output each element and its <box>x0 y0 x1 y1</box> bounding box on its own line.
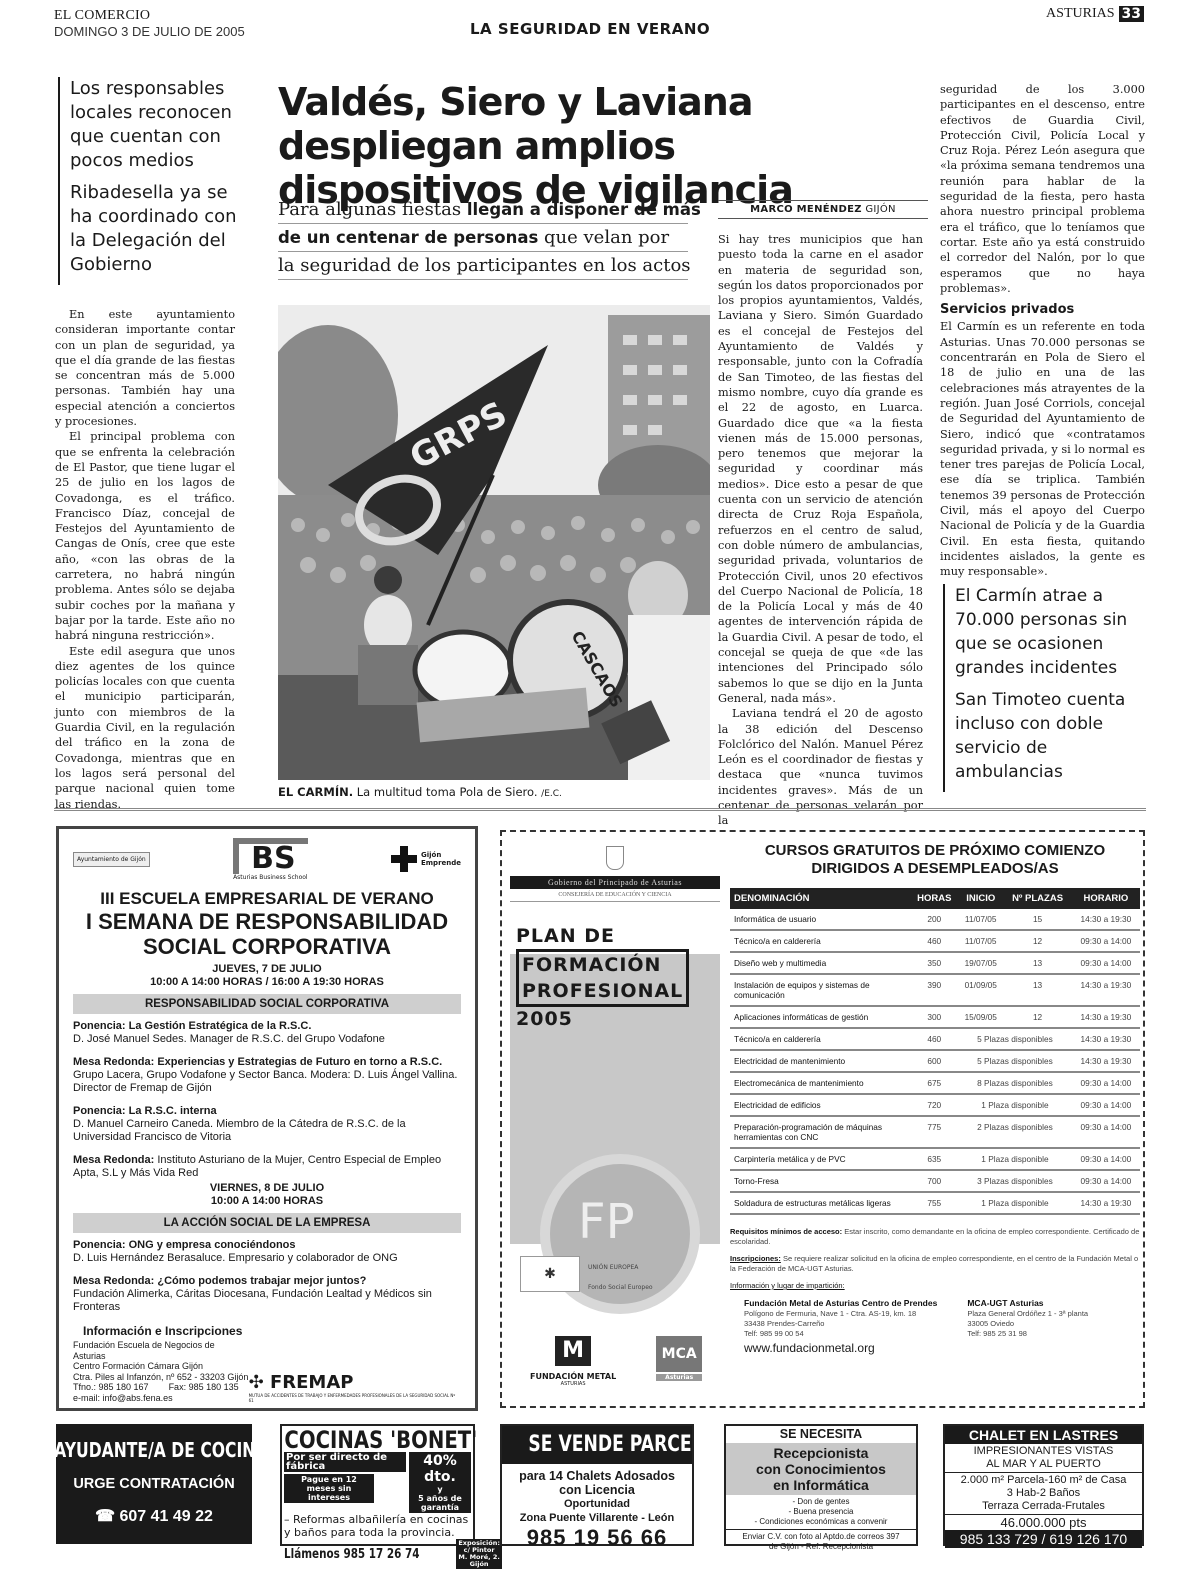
ayuntamiento-gijon-logo: Ayuntamiento de Gijón <box>73 852 150 867</box>
day-1-time: 10:00 A 14:00 HORAS / 16:00 A 19:30 HORA… <box>73 976 461 989</box>
article-subhead: Para algunas fiestas llegan a disponer d… <box>278 196 688 280</box>
heading-line-2: DIRIGIDOS A DESEMPLEADOS/AS <box>811 860 1058 877</box>
ad-line: Enviar C.V. con foto al Aptdo.de correos… <box>726 1532 916 1542</box>
course-cell: 775 <box>910 1116 958 1148</box>
left-stack: Por ser directo de fábrica Pague en 12 m… <box>284 1452 406 1513</box>
course-row: Electricidad de mantenimiento6005 Plazas… <box>730 1050 1140 1072</box>
course-row: Técnico/a en calderería4605 Plazas dispo… <box>730 1028 1140 1050</box>
article-headline: Valdés, Siero y Laviana despliegan ampli… <box>278 80 928 212</box>
ad-row: Llámenos 985 17 26 74 Exposición: c/ Pin… <box>284 1539 471 1569</box>
phone-number: 607 41 49 22 <box>119 1508 212 1525</box>
logo-sub: Asturias <box>656 1374 702 1381</box>
fremap-sub: MUTUA DE ACCIDENTES DE TRABAJO Y ENFERME… <box>249 1393 461 1403</box>
day-2-date: VIERNES, 8 DE JULIO <box>73 1182 461 1195</box>
course-cell: 13 <box>1003 952 1071 974</box>
ad-row: Por ser directo de fábrica Pague en 12 m… <box>284 1452 471 1513</box>
course-cell: Instalación de equipos y sistemas de com… <box>730 974 910 1006</box>
paragraph: seguridad de los 3.000 participantes en … <box>940 82 1145 296</box>
page-number: 33 <box>1119 6 1144 22</box>
fremap-name: FREMAP <box>270 1372 354 1393</box>
item-text: Fundación Alimerka, Cáritas Diocesana, F… <box>73 1288 432 1313</box>
course-row: Soldadura de estructuras metálicas liger… <box>730 1192 1140 1214</box>
bs-logo-sub: Asturias Business School <box>233 874 308 881</box>
ad-footer: Enviar C.V. con foto al Aptdo.de correos… <box>726 1529 916 1552</box>
info-block: Información e Inscripciones Fundación Es… <box>73 1324 249 1403</box>
ad-line: con Licencia <box>502 1483 692 1497</box>
subhead-bold: de un centenar de personas <box>278 228 538 247</box>
photo-credit: /E.C. <box>541 789 562 799</box>
info-line: Centro Formación Cámara Gijón <box>73 1361 249 1372</box>
req-label: Requisitos mínimos de acceso: <box>730 1227 842 1236</box>
course-row: Instalación de equipos y sistemas de com… <box>730 974 1140 1006</box>
ad-rsc-week: Ayuntamiento de Gijón BS Asturias Busine… <box>56 826 478 1411</box>
phone-icon: ☎ <box>95 1508 115 1525</box>
ad-plan-formacion: Gobierno del Principado de Asturias CONS… <box>500 830 1145 1408</box>
insc-text: Se requiere realizar solicitud en la ofi… <box>730 1254 1138 1273</box>
program-item: Ponencia: La R.S.C. internaD. Manuel Car… <box>73 1105 461 1144</box>
course-cell: 5 Plazas disponibles <box>958 1028 1072 1050</box>
course-cell: 09:30 a 14:00 <box>1072 930 1140 952</box>
course-cell: 8 Plazas disponibles <box>958 1072 1072 1094</box>
heading-line-1: CURSOS GRATUITOS DE PRÓXIMO COMIENZO <box>765 842 1105 859</box>
fp-mark: FP <box>578 1194 635 1250</box>
section-divider <box>54 808 1146 812</box>
course-cell: 635 <box>910 1148 958 1170</box>
ad-title-text: SE VENDE PARCELA <box>528 1426 692 1464</box>
course-cell: 600 <box>910 1050 958 1072</box>
left-column-text: En este ayuntamiento consideran importan… <box>55 307 235 812</box>
ad-line: AL MAR Y AL PUERTO <box>945 1458 1142 1471</box>
course-row: Aplicaciones informáticas de gestión3001… <box>730 1006 1140 1028</box>
eu-label: UNIÓN EUROPEA <box>588 1258 653 1278</box>
fp-title: PLAN DE FORMACIÓNPROFESIONAL 2005 <box>516 924 689 1032</box>
item-title: Mesa Redonda: ¿Cómo podemos trabajar mej… <box>73 1275 366 1287</box>
course-cell: 5 Plazas disponibles <box>958 1050 1072 1072</box>
course-cell: 755 <box>910 1192 958 1214</box>
contact-1: Fundación Metal de Asturias Centro de Pr… <box>744 1298 937 1339</box>
section-subtitle: Servicios privados <box>940 302 1145 317</box>
ad-cocinas-bonet: COCINAS 'BONET' Por ser directo de fábri… <box>280 1424 475 1546</box>
course-cell: 14:30 a 19:30 <box>1072 1050 1140 1072</box>
ad-phone: 985 19 56 66 <box>502 1525 692 1551</box>
col-header: HORAS <box>910 888 958 909</box>
item-title: Ponencia: La R.S.C. interna <box>73 1105 217 1117</box>
logo-sub: ASTURIAS <box>530 1381 616 1387</box>
region-label: ASTURIAS <box>1046 6 1114 22</box>
ad-line: - Buena presencia <box>726 1507 916 1517</box>
gijon-emprende-text: Gijón Emprende <box>421 851 461 867</box>
kicker-2: Ribadesella ya se ha coordinado con la D… <box>70 181 238 277</box>
ad-line: - Don de gentes <box>726 1497 916 1507</box>
coat-of-arms-icon <box>606 846 624 870</box>
subhead-text: la seguridad de los participantes en los… <box>278 252 688 280</box>
ad-line: de Gijón - Ref. Recepcionista <box>726 1542 916 1552</box>
course-cell: 09:30 a 14:00 <box>1072 1072 1140 1094</box>
discount-box: 40% dto.y5 años de garantía <box>409 1452 471 1513</box>
sponsor-logos: Ayuntamiento de Gijón BS Asturias Busine… <box>73 835 461 883</box>
course-cell: 15 <box>1003 909 1071 930</box>
course-cell: Informática de usuario <box>730 909 910 930</box>
fp-title-1: PLAN DE <box>516 924 689 949</box>
band-2: LA ACCIÓN SOCIAL DE LA EMPRESA <box>73 1213 461 1233</box>
paragraph: Este edil asegura que unos diez agentes … <box>55 644 235 812</box>
ad-title: AYUDANTE/A DE COCINA <box>54 1438 254 1462</box>
ad-line: 2.000 m² Parcela-160 m² de Casa <box>945 1474 1142 1487</box>
course-row: Torno-Fresa7003 Plazas disponibles09:30 … <box>730 1170 1140 1192</box>
contacts: Fundación Metal de Asturias Centro de Pr… <box>730 1298 1140 1339</box>
day-1-date: JUEVES, 7 DE JULIO <box>73 963 461 976</box>
mca-ugt-logo: MCAAsturias <box>656 1336 702 1387</box>
caption-text: La multitud toma Pola de Siero. <box>353 785 537 799</box>
col-header: INICIO <box>958 888 1003 909</box>
ad-line: Zona Puente Villarente - León <box>502 1511 692 1525</box>
course-cell: Electromecánica de mantenimiento <box>730 1072 910 1094</box>
item-text: D. Luis Hernández Berasaluce. Empresario… <box>73 1252 398 1264</box>
ad-se-vende-parcela: SE VENDE PARCELA para 14 Chalets Adosado… <box>500 1424 694 1546</box>
reformas: – Reformas albañilería en cocinas y baño… <box>284 1513 471 1539</box>
ad-line: IMPRESIONANTES VISTAS <box>945 1445 1142 1458</box>
ad-line: con Conocimientos <box>726 1461 916 1477</box>
course-cell: 09:30 a 14:00 <box>1072 1148 1140 1170</box>
fp-title-3: PROFESIONAL <box>522 980 683 1002</box>
col-header: DENOMINACIÓN <box>730 888 910 909</box>
course-row: Electromecánica de mantenimiento6758 Pla… <box>730 1072 1140 1094</box>
call-phone: Llámenos 985 17 26 74 <box>284 1547 419 1562</box>
partner-logos: MFUNDACIÓN METALASTURIAS MCAAsturias <box>530 1336 702 1387</box>
subhead-bold: llegan a disponer de más <box>467 200 701 219</box>
course-cell: 14:30 a 19:30 <box>1072 909 1140 930</box>
insc-label: Inscripciones: <box>730 1254 781 1263</box>
subhead-text: Para algunas fiestas <box>278 199 467 220</box>
course-cell: 1 Plaza disponible <box>958 1192 1072 1214</box>
fp-year: 2005 <box>516 1007 689 1032</box>
course-cell: Preparación-programación de máquinas her… <box>730 1116 910 1148</box>
item-text: D. José Manuel Sedes. Manager de R.S.C. … <box>73 1033 385 1045</box>
course-cell: 12 <box>1003 930 1071 952</box>
mca-icon: MCA <box>656 1336 702 1372</box>
item-title: Ponencia: ONG y empresa conociéndonos <box>73 1239 296 1251</box>
pull-quotes: El Carmín atrae a 70.000 personas sin qu… <box>943 584 1148 792</box>
fp-left-panel: Gobierno del Principado de Asturias CONS… <box>510 836 720 1404</box>
course-cell: 2 Plazas disponibles <box>958 1116 1072 1148</box>
and: y <box>411 1485 469 1494</box>
course-cell: 19/07/05 <box>958 952 1003 974</box>
info-line: Fundación Escuela de Negocios de Asturia… <box>73 1340 249 1361</box>
pay-terms: Pague en 12 meses sin intereses <box>284 1474 374 1503</box>
website-link[interactable]: www.fundacionmetal.org <box>730 1341 1140 1355</box>
course-cell: 09:30 a 14:00 <box>1072 1116 1140 1148</box>
item-text: Grupo Lacera, Grupo Vodafone y Sector Ba… <box>73 1069 457 1094</box>
byline: MARCO MENÉNDEZ GIJÓN <box>718 200 928 219</box>
course-cell: 09:30 a 14:00 <box>1072 952 1140 974</box>
course-cell: 350 <box>910 952 958 974</box>
ad-phone: ☎ 607 41 49 22 <box>56 1506 252 1526</box>
course-cell: 3 Plazas disponibles <box>958 1170 1072 1192</box>
paragraph: El principal problema con que se enfrent… <box>55 429 235 643</box>
course-cell: 01/09/05 <box>958 974 1003 1006</box>
course-cell: 675 <box>910 1072 958 1094</box>
req-info: Información y lugar de impartición: <box>730 1281 1140 1291</box>
program-item: Mesa Redonda: Instituto Asturiano de la … <box>73 1154 461 1180</box>
col-header: HORARIO <box>1072 888 1140 909</box>
direct-factory: Por ser directo de fábrica <box>284 1452 406 1472</box>
req-access: Requisitos mínimos de acceso: Estar insc… <box>730 1227 1140 1247</box>
course-cell: 15/09/05 <box>958 1006 1003 1028</box>
left-kickers: Los responsables locales reconocen que c… <box>58 77 238 285</box>
course-cell: 11/07/05 <box>958 909 1003 930</box>
course-cell: 460 <box>910 930 958 952</box>
byline-location: GIJÓN <box>865 204 896 215</box>
ad-sub: URGE CONTRATACIÓN <box>56 1476 252 1492</box>
day-2-time: 10:00 A 14:00 HORAS <box>73 1195 461 1208</box>
publication-name: EL COMERCIO <box>54 8 150 24</box>
course-row: Técnico/a en calderería46011/07/051209:3… <box>730 930 1140 952</box>
item-title: Ponencia: La Gestión Estratégica de la R… <box>73 1020 311 1032</box>
ad-title: SE VENDE PARCELA <box>502 1426 692 1464</box>
kicker-1: Los responsables locales reconocen que c… <box>70 77 238 173</box>
ad-block: 2.000 m² Parcela-160 m² de Casa3 Hab-2 B… <box>945 1473 1142 1515</box>
cross-icon <box>391 846 417 872</box>
ad-phone: 985 133 729 / 619 126 170 <box>945 1530 1142 1548</box>
contact-name: MCA-UGT Asturias <box>967 1298 1043 1308</box>
fp-title-2: FORMACIÓN <box>522 954 661 976</box>
paragraph: Si hay tres municipios que han puesto to… <box>718 232 923 706</box>
item-title: Mesa Redonda: Experiencias y Estrategias… <box>73 1056 442 1068</box>
course-cell: Diseño web y multimedia <box>730 952 910 974</box>
logo-text: FUNDACIÓN METAL <box>530 1372 616 1381</box>
course-cell: Técnico/a en calderería <box>730 1028 910 1050</box>
program-item: Ponencia: ONG y empresa conociéndonosD. … <box>73 1239 461 1265</box>
course-cell: 14:30 a 19:30 <box>1072 1006 1140 1028</box>
issue-date: DOMINGO 3 DE JULIO DE 2005 <box>54 24 245 39</box>
course-cell: 200 <box>910 909 958 930</box>
info-title: Información e Inscripciones <box>73 1324 249 1338</box>
warranty: 5 años de garantía <box>411 1494 469 1512</box>
ad-line: para 14 Chalets Adosados <box>502 1469 692 1483</box>
ad-title-line-1: I SEMANA DE RESPONSABILIDAD <box>73 909 461 934</box>
contact-name: Fundación Metal de Asturias Centro de Pr… <box>744 1298 937 1308</box>
contact-phone: Telf: 985 99 00 54 <box>744 1329 937 1339</box>
ad-recepcionista: SE NECESITA Recepcionistacon Conocimient… <box>724 1424 918 1546</box>
ad-title: SE NECESITA <box>726 1426 916 1443</box>
ad-line: en Informática <box>726 1477 916 1493</box>
fp-right-panel: CURSOS GRATUITOS DE PRÓXIMO COMIENZODIRI… <box>730 842 1140 1355</box>
ad-title: COCINAS 'BONET' <box>284 1428 470 1452</box>
course-cell: 720 <box>910 1094 958 1116</box>
course-cell: 1 Plaza disponible <box>958 1148 1072 1170</box>
program-item: Mesa Redonda: ¿Cómo podemos trabajar mej… <box>73 1275 461 1314</box>
col-header: Nº PLAZAS <box>1003 888 1071 909</box>
ad-title: CHALET EN LASTRES <box>945 1426 1142 1444</box>
contact-line: 33438 Prendes-Carreño <box>744 1319 937 1329</box>
contact-line: Plaza General Ordóñez 1 - 3ª planta <box>967 1309 1088 1319</box>
ad-block: IMPRESIONANTES VISTASAL MAR Y AL PUERTO <box>945 1444 1142 1473</box>
course-cell: Carpintería metálica y de PVC <box>730 1148 910 1170</box>
info-line: Ctra. Piles al Infanzón, nº 652 - 33203 … <box>73 1372 249 1383</box>
right-column-text: seguridad de los 3.000 participantes en … <box>940 82 1145 580</box>
discount: 40% dto. <box>411 1453 469 1485</box>
ad-price: 46.000.000 pts <box>945 1515 1142 1530</box>
ad-title-line-2: SOCIAL CORPORATIVA <box>73 934 461 959</box>
course-cell: 14:30 a 19:30 <box>1072 974 1140 1006</box>
ad-subtitle: III ESCUELA EMPRESARIAL DE VERANO <box>73 889 461 909</box>
course-cell: 700 <box>910 1170 958 1192</box>
ad-line: Oportunidad <box>502 1497 692 1511</box>
ad-line: - Condiciones económicas a convenir <box>726 1517 916 1527</box>
ad-footer: Información e Inscripciones Fundación Es… <box>73 1324 461 1403</box>
gov-bar: Gobierno del Principado de Asturias <box>510 876 720 889</box>
contact-line: Polígono de Fermuria, Nave 1 - Ctra. AS-… <box>744 1309 937 1319</box>
program-item: Mesa Redonda: Experiencias y Estrategias… <box>73 1056 461 1095</box>
course-cell: 460 <box>910 1028 958 1050</box>
course-cell: 14:30 a 19:30 <box>1072 1192 1140 1214</box>
fremap-logo: ✣ FREMAP MUTUA DE ACCIDENTES DE TRABAJO … <box>249 1372 461 1403</box>
consejeria: CONSEJERÍA DE EDUCACIÓN Y CIENCIA <box>510 889 720 902</box>
contact-line: 33005 Oviedo <box>967 1319 1088 1329</box>
course-cell: 1 Plaza disponible <box>958 1094 1072 1116</box>
courses-heading: CURSOS GRATUITOS DE PRÓXIMO COMIENZODIRI… <box>730 842 1140 878</box>
page-marker: ASTURIAS 33 <box>1046 6 1144 22</box>
info-label: Información y lugar de impartición: <box>730 1281 845 1290</box>
byline-author: MARCO MENÉNDEZ <box>750 204 862 215</box>
course-row: Diseño web y multimedia35019/07/051309:3… <box>730 952 1140 974</box>
course-cell: 300 <box>910 1006 958 1028</box>
crowd-photo-icon: GRPS CASCAOS <box>278 305 710 780</box>
course-cell: Aplicaciones informáticas de gestión <box>730 1006 910 1028</box>
courses-table: DENOMINACIÓN HORAS INICIO Nº PLAZAS HORA… <box>730 888 1140 1215</box>
m-icon: M <box>555 1336 591 1366</box>
course-row: Electricidad de edificios7201 Plaza disp… <box>730 1094 1140 1116</box>
course-row: Preparación-programación de máquinas her… <box>730 1116 1140 1148</box>
contact-2: MCA-UGT AsturiasPlaza General Ordóñez 1 … <box>967 1298 1088 1339</box>
course-cell: 390 <box>910 974 958 1006</box>
fundacion-metal-logo: MFUNDACIÓN METALASTURIAS <box>530 1336 616 1387</box>
photo-caption: EL CARMÍN. La multitud toma Pola de Sier… <box>278 785 562 799</box>
course-cell: Electricidad de mantenimiento <box>730 1050 910 1072</box>
pull-quote-2: San Timoteo cuenta incluso con doble ser… <box>955 688 1148 784</box>
eu-flag-icon: ✱ <box>520 1256 580 1292</box>
ad-chalet-lastres: CHALET EN LASTRES IMPRESIONANTES VISTASA… <box>943 1424 1144 1546</box>
course-cell: Torno-Fresa <box>730 1170 910 1192</box>
course-cell: 09:30 a 14:00 <box>1072 1170 1140 1192</box>
course-row: Informática de usuario20011/07/051514:30… <box>730 909 1140 930</box>
item-text: D. Manuel Carneiro Caneda. Miembro de la… <box>73 1118 406 1143</box>
contact-phone: Telf: 985 25 31 98 <box>967 1329 1088 1339</box>
req-inscripciones: Inscripciones: Se requiere realizar soli… <box>730 1254 1140 1274</box>
fp-title-box: FORMACIÓNPROFESIONAL <box>516 949 689 1007</box>
email-link[interactable]: e-mail: info@abs.fena.es <box>73 1393 249 1404</box>
subhead-text: que velan por <box>538 227 669 248</box>
ad-line: 3 Hab-2 Baños <box>945 1487 1142 1500</box>
bs-logo: BS Asturias Business School <box>233 838 308 881</box>
course-cell: 13 <box>1003 974 1071 1006</box>
section-title: LA SEGURIDAD EN VERANO <box>470 20 710 38</box>
course-cell: Técnico/a en calderería <box>730 930 910 952</box>
item-title: Mesa Redonda: <box>73 1154 154 1166</box>
ad-line: Terraza Cerrada-Frutales <box>945 1500 1142 1513</box>
course-cell: 14:30 a 19:30 <box>1072 1028 1140 1050</box>
ad-requirements: - Don de gentes- Buena presencia- Condic… <box>726 1495 916 1529</box>
paragraph: En este ayuntamiento consideran importan… <box>55 307 235 429</box>
course-row: Carpintería metálica y de PVC6351 Plaza … <box>730 1148 1140 1170</box>
caption-label: EL CARMÍN. <box>278 785 353 799</box>
middle-column-text: Si hay tres municipios que han puesto to… <box>718 232 923 829</box>
info-line: Tfno.: 985 180 167 Fax: 985 180 135 <box>73 1382 249 1393</box>
article-photo: GRPS CASCAOS <box>278 305 710 780</box>
band-1: RESPONSABILIDAD SOCIAL CORPORATIVA <box>73 994 461 1014</box>
course-cell: 12 <box>1003 1006 1071 1028</box>
ad-line: Recepcionista <box>726 1445 916 1461</box>
eu-text: UNIÓN EUROPEAFondo Social Europeo <box>588 1258 653 1298</box>
paragraph: El Carmín es un referente en toda Asturi… <box>940 319 1145 579</box>
bs-logo-mark: BS <box>233 838 308 874</box>
showroom: Exposición: c/ Pintor M. Moré, 2. Gijón <box>456 1539 502 1569</box>
pull-quote-1: El Carmín atrae a 70.000 personas sin qu… <box>955 584 1148 680</box>
requirements: Requisitos mínimos de acceso: Estar insc… <box>730 1227 1140 1291</box>
ad-highlight: Recepcionistacon Conocimientosen Informá… <box>726 1443 916 1495</box>
course-cell: Soldadura de estructuras metálicas liger… <box>730 1192 910 1214</box>
ad-ayudante-cocina: AYUDANTE/A DE COCINA URGE CONTRATACIÓN ☎… <box>56 1424 252 1544</box>
course-cell: Electricidad de edificios <box>730 1094 910 1116</box>
course-cell: 11/07/05 <box>958 930 1003 952</box>
eu-fund: Fondo Social Europeo <box>588 1278 653 1298</box>
fremap-symbol-icon: ✣ <box>249 1372 270 1393</box>
course-cell: 09:30 a 14:00 <box>1072 1094 1140 1116</box>
program-item: Ponencia: La Gestión Estratégica de la R… <box>73 1020 461 1046</box>
gijon-emprende-logo: Gijón Emprende <box>391 846 461 872</box>
